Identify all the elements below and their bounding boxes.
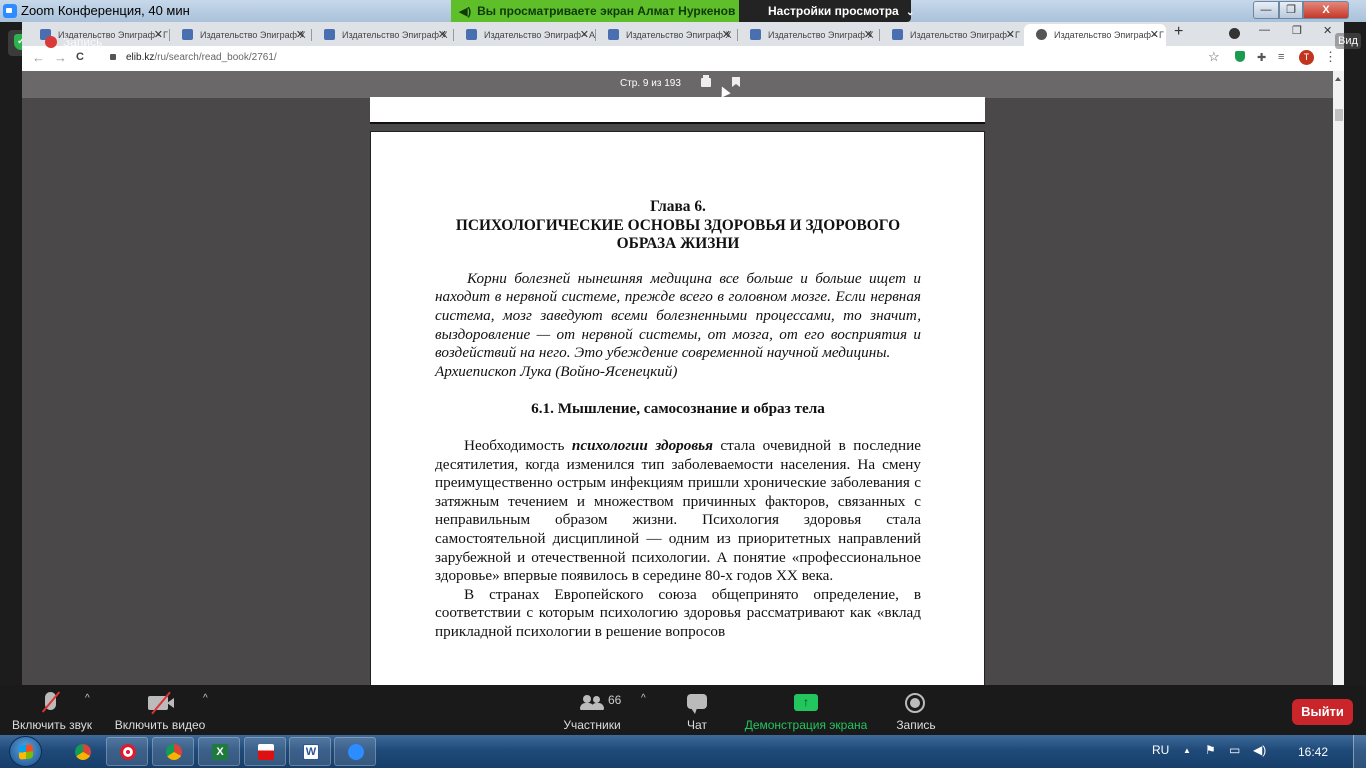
maximize-button[interactable]: ❐: [1279, 1, 1303, 19]
browser-minimize-button[interactable]: —: [1259, 24, 1270, 36]
windows-taskbar: X W RU ▲ ⚑ ▭ ◀) 16:42: [0, 735, 1366, 768]
speaker-icon: ◀): [459, 1, 471, 23]
paragraph: Необходимость психологии здоровья стала …: [435, 437, 921, 586]
section-heading: 6.1. Мышление, самосознание и образ тела: [435, 400, 921, 419]
view-options-button[interactable]: Настройки просмотра ⌄: [739, 0, 911, 22]
taskbar-chrome-profile[interactable]: [152, 737, 194, 766]
mouse-cursor-icon: [717, 84, 730, 97]
back-button[interactable]: ←: [32, 50, 45, 65]
minimize-button[interactable]: —: [1253, 1, 1279, 19]
language-indicator[interactable]: RU: [1152, 743, 1169, 757]
scroll-up-arrow-icon[interactable]: [1335, 77, 1341, 81]
epigraph-author: Архиепископ Лука (Войно-Ясенецкий): [435, 363, 921, 382]
globe-icon: [1036, 29, 1047, 40]
share-banner-text: Вы просматриваете экран Алмат Нуркенов: [477, 4, 735, 18]
record-icon: [905, 693, 925, 713]
tab-title: Издательство Эпиграф - А: [484, 30, 595, 40]
audio-options-caret[interactable]: ^: [85, 693, 90, 704]
site-favicon-icon: [324, 29, 335, 40]
tab-title: Издательство Эпиграф - Г: [1054, 30, 1164, 40]
page-content: Глава 6. ПСИХОЛОГИЧЕСКИЕ ОСНОВЫ ЗДОРОВЬЯ…: [435, 198, 921, 641]
view-button[interactable]: Вид: [1335, 33, 1361, 49]
address-bar[interactable]: elib.kz/ru/search/read_book/2761/: [102, 48, 1250, 68]
app-icon: [258, 744, 274, 760]
tray-expand-icon[interactable]: ▲: [1183, 746, 1191, 755]
volume-icon[interactable]: ◀): [1253, 743, 1266, 757]
book-reader: Стр. 9 из 193 Глава 6. ПСИХОЛОГИЧЕСКИЕ О…: [22, 71, 1344, 685]
zoom-window-title: Zoom Конференция, 40 мин: [21, 3, 190, 18]
share-screen-button[interactable]: ↑ Демонстрация экрана: [742, 685, 870, 735]
tab-title: Издательство Эпиграф Х: [768, 30, 874, 40]
word-icon: W: [303, 744, 319, 760]
unmute-label: Включить звук: [0, 718, 104, 732]
url-domain: elib.kz: [126, 52, 154, 63]
reload-button[interactable]: C: [76, 51, 84, 63]
tab-close-icon[interactable]: ✕: [722, 24, 731, 46]
tab-close-icon[interactable]: ✕: [154, 24, 163, 46]
book-page: Глава 6. ПСИХОЛОГИЧЕСКИЕ ОСНОВЫ ЗДОРОВЬЯ…: [370, 131, 985, 685]
right-margin: [1344, 22, 1366, 685]
tab-title: Издательство Эпиграф Х: [626, 30, 732, 40]
share-screen-label: Демонстрация экрана: [742, 718, 870, 732]
zoom-icon: [348, 744, 364, 760]
browser-restore-button[interactable]: ❐: [1292, 24, 1302, 37]
page-scrollbar[interactable]: [1333, 71, 1344, 685]
page-indicator: Стр. 9 из 193: [620, 78, 681, 89]
site-favicon-icon: [608, 29, 619, 40]
left-margin: [0, 22, 22, 685]
profile-avatar[interactable]: T: [1299, 50, 1314, 65]
screen-share-banner: ◀)Вы просматриваете экран Алмат Нуркенов: [451, 0, 739, 22]
paragraph: В странах Европейского союза общепринято…: [435, 586, 921, 642]
site-favicon-icon: [466, 29, 477, 40]
lock-icon: [110, 54, 116, 60]
share-screen-arrow-icon: ↑: [794, 694, 818, 711]
recording-label: Запись: [63, 35, 102, 49]
tab-search-icon[interactable]: [1229, 28, 1240, 39]
participants-icon: [580, 695, 604, 709]
tab-close-icon[interactable]: ✕: [1006, 24, 1015, 46]
chrome-icon: [75, 744, 91, 760]
browser-tab[interactable]: Издательство Эпиграф Х✕: [170, 24, 312, 46]
previous-page: [370, 97, 985, 124]
chapter-number: Глава 6.: [435, 198, 921, 217]
paragraph-text: стала очевидной в последние десятилетия,…: [435, 437, 921, 584]
chrome-profile-icon: [166, 744, 182, 760]
scrollbar-thumb[interactable]: [1335, 109, 1343, 121]
emphasized-term: психологии здоровья: [572, 437, 713, 454]
bookmark-star-icon[interactable]: ☆: [1208, 49, 1220, 65]
action-center-flag-icon[interactable]: ⚑: [1205, 743, 1216, 757]
start-video-label: Включить видео: [108, 718, 212, 732]
site-favicon-icon: [182, 29, 193, 40]
opera-icon: [120, 744, 136, 760]
epigraph: Корни болезней нынешняя медицина все бол…: [435, 270, 921, 382]
extension-shield-icon[interactable]: [1235, 51, 1245, 62]
zoom-app-icon: [3, 4, 17, 18]
browser-tab[interactable]: Издательство Эпиграф Х✕: [312, 24, 454, 46]
zoom-window-controls: — ❐ X: [1253, 1, 1349, 19]
browser-tab[interactable]: Издательство Эпиграф Х✕: [596, 24, 738, 46]
leave-meeting-button[interactable]: Выйти: [1292, 699, 1353, 725]
screen: Zoom Конференция, 40 мин ◀)Вы просматрив…: [0, 0, 1366, 768]
view-label: Вид: [1338, 35, 1358, 47]
browser-tab-strip: Издательство Эпиграф - Г✕ Издательство Э…: [22, 22, 1344, 46]
record-label: Запись: [888, 718, 944, 732]
tab-close-icon[interactable]: ✕: [864, 24, 873, 46]
reader-toolbar: Стр. 9 из 193: [22, 71, 1333, 98]
body-text: Необходимость психологии здоровья стала …: [435, 437, 921, 642]
reading-list-icon[interactable]: ≡: [1278, 51, 1284, 63]
zoom-titlebar: Zoom Конференция, 40 мин ◀)Вы просматрив…: [0, 0, 1366, 22]
site-favicon-icon: [892, 29, 903, 40]
system-clock[interactable]: 16:42: [1298, 745, 1328, 759]
excel-icon: X: [212, 744, 228, 760]
taskbar-opera[interactable]: [106, 737, 148, 766]
recording-indicator-icon: [45, 36, 57, 48]
participants-label: Участники: [556, 718, 628, 732]
taskbar-app[interactable]: [244, 737, 286, 766]
network-icon[interactable]: ▭: [1229, 743, 1240, 757]
taskbar-chrome[interactable]: [61, 737, 103, 766]
epigraph-text: Корни болезней нынешняя медицина все бол…: [435, 270, 921, 363]
forward-button[interactable]: →: [54, 50, 67, 65]
start-button[interactable]: [9, 736, 42, 767]
taskbar-zoom[interactable]: [334, 737, 376, 766]
tab-close-icon[interactable]: ✕: [1150, 24, 1159, 46]
browser-close-button[interactable]: ✕: [1323, 24, 1332, 37]
tab-close-icon[interactable]: ✕: [580, 24, 589, 46]
chapter-heading: Глава 6. ПСИХОЛОГИЧЕСКИЕ ОСНОВЫ ЗДОРОВЬЯ…: [435, 198, 921, 254]
record-button[interactable]: Запись: [888, 685, 944, 735]
site-favicon-icon: [750, 29, 761, 40]
paragraph-text: Необходимость: [464, 437, 572, 454]
zoom-meeting-controls: Включить звук ^ Включить видео ^ 66 Учас…: [0, 685, 1366, 735]
video-options-caret[interactable]: ^: [203, 693, 208, 704]
chat-bubble-icon: [687, 694, 707, 709]
chat-label: Чат: [672, 718, 722, 732]
new-tab-button[interactable]: +: [1174, 23, 1183, 41]
tab-title: Издательство Эпиграф - Г: [910, 30, 1020, 40]
chat-button[interactable]: Чат: [672, 685, 722, 735]
bookmark-icon[interactable]: [732, 77, 740, 87]
tab-close-icon[interactable]: ✕: [438, 24, 447, 46]
print-icon[interactable]: [701, 78, 711, 87]
browser-tab[interactable]: Издательство Эпиграф Х✕: [738, 24, 880, 46]
start-video-button[interactable]: Включить видео: [108, 685, 212, 735]
browser-toolbar: ← → C elib.kz/ru/search/read_book/2761/ …: [22, 46, 1344, 71]
view-options-label: Настройки просмотра: [768, 4, 899, 18]
taskbar-excel[interactable]: X: [198, 737, 240, 766]
taskbar-word[interactable]: W: [289, 737, 331, 766]
show-desktop-button[interactable]: [1353, 735, 1366, 768]
participant-count: 66: [608, 693, 621, 707]
close-button[interactable]: X: [1303, 1, 1349, 19]
url-path: /ru/search/read_book/2761/: [154, 52, 276, 63]
tab-title: Издательство Эпиграф Х: [342, 30, 448, 40]
browser-tab-active[interactable]: Издательство Эпиграф - Г✕: [1024, 24, 1166, 46]
tab-title: Издательство Эпиграф Х: [200, 30, 306, 40]
chapter-title: ПСИХОЛОГИЧЕСКИЕ ОСНОВЫ ЗДОРОВЬЯ И ЗДОРОВ…: [435, 217, 921, 254]
extensions-puzzle-icon[interactable]: ✚: [1257, 51, 1266, 64]
participants-options-caret[interactable]: ^: [641, 693, 646, 704]
browser-menu-icon[interactable]: ⋮: [1324, 49, 1337, 65]
chevron-down-icon: ⌄: [906, 7, 914, 18]
browser-tab[interactable]: Издательство Эпиграф - Г✕: [880, 24, 1022, 46]
participants-button[interactable]: 66 Участники: [556, 685, 628, 735]
tab-close-icon[interactable]: ✕: [296, 24, 305, 46]
browser-tab[interactable]: Издательство Эпиграф - А✕: [454, 24, 596, 46]
